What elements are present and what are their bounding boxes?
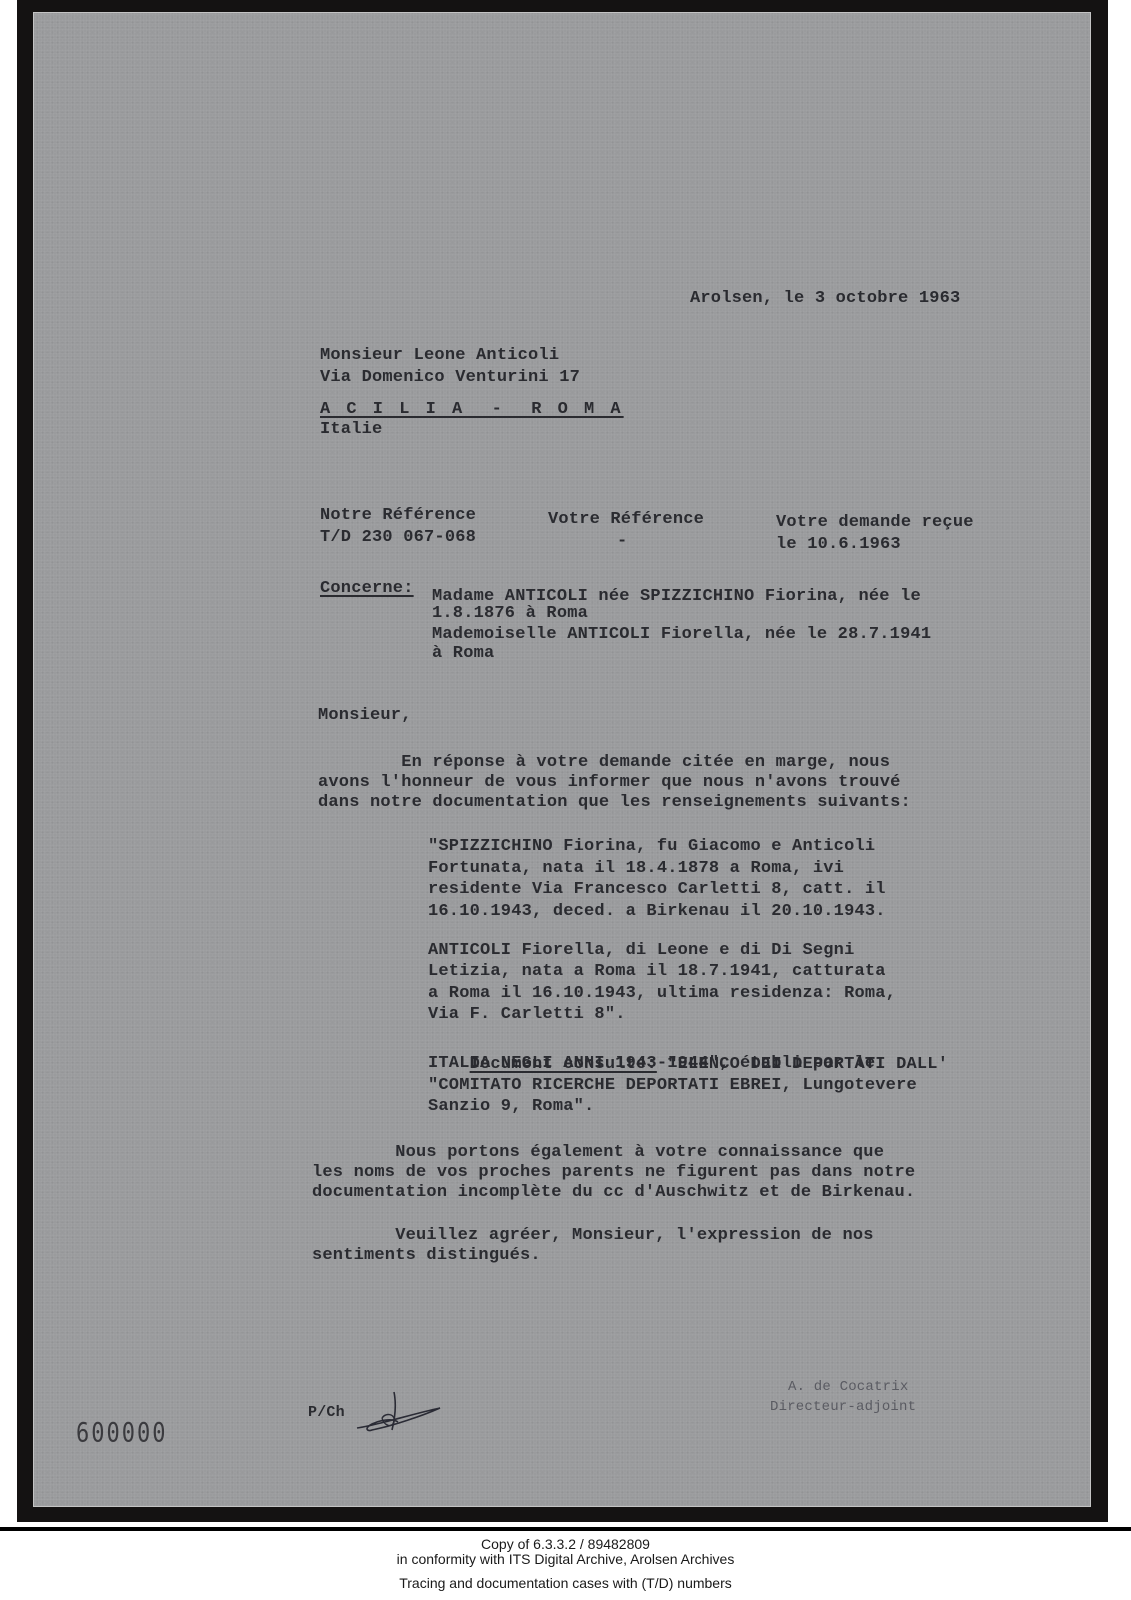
recipient-city: A C I L I A - R O M A (320, 399, 624, 421)
recipient-country: Italie (320, 419, 382, 441)
signatory-name: A. de Cocatrix (788, 1376, 908, 1398)
quote-line: Letizia, nata a Roma il 18.7.1941, cattu… (428, 961, 886, 983)
paragraph-line: En réponse à votre demande citée en marg… (318, 752, 890, 774)
our-reference-value: T/D 230 067-068 (320, 527, 476, 549)
footer-divider (0, 1527, 1131, 1531)
document-line: Sanzio 9, Roma". (428, 1096, 594, 1118)
request-received-label: Votre demande reçue (776, 512, 974, 534)
recipient-street: Via Domenico Venturini 17 (320, 367, 580, 389)
quote-line: Fortunata, nata il 18.4.1878 a Roma, ivi (428, 858, 844, 880)
your-reference-label: Votre Référence (548, 509, 704, 531)
quote-line: ANTICOLI Fiorella, di Leone e di Di Segn… (428, 940, 854, 962)
request-received-date: le 10.6.1963 (776, 534, 901, 556)
document-line: ITALIA NEGLI ANNI 1943-1944", établi par… (428, 1053, 875, 1075)
place-date: Arolsen, le 3 octobre 1963 (690, 288, 960, 310)
paragraph-line: documentation incomplète du cc d'Auschwi… (312, 1182, 915, 1204)
paragraph-line: dans notre documentation que les renseig… (318, 792, 911, 814)
handwritten-signature-icon (352, 1388, 452, 1438)
archive-stamp-number: 600000 (76, 1419, 167, 1449)
closing-line: sentiments distingués. (312, 1245, 541, 1267)
paragraph-line: les noms de vos proches parents ne figur… (312, 1162, 915, 1184)
typist-initials: P/Ch (308, 1402, 345, 1424)
paragraph-line: avons l'honneur de vous informer que nou… (318, 772, 901, 794)
quote-line: residente Via Francesco Carletti 8, catt… (428, 879, 886, 901)
document-line: "COMITATO RICERCHE DEPORTATI EBREI, Lung… (428, 1075, 917, 1097)
our-reference-label: Notre Référence (320, 505, 476, 527)
footer-copy-line: Copy of 6.3.3.2 / 89482809 (0, 1537, 1131, 1552)
signatory-title: Directeur-adjoint (770, 1396, 916, 1418)
recipient-name: Monsieur Leone Anticoli (320, 345, 559, 367)
quote-line: 16.10.1943, deced. a Birkenau il 20.10.1… (428, 901, 886, 923)
concerne-line: à Roma (432, 643, 494, 665)
quote-line: Via F. Carletti 8". (428, 1004, 626, 1026)
your-reference-value: - (617, 531, 627, 553)
paragraph-line: Nous portons également à votre connaissa… (312, 1142, 884, 1164)
concerne-line: Mademoiselle ANTICOLI Fiorella, née le 2… (432, 624, 931, 646)
quote-line: a Roma il 16.10.1943, ultima residenza: … (428, 983, 896, 1005)
concerne-label: Concerne: (320, 578, 414, 600)
quote-line: "SPIZZICHINO Fiorina, fu Giacomo e Antic… (428, 836, 875, 858)
salutation: Monsieur, (318, 705, 412, 727)
footer-collection-line: Tracing and documentation cases with (T/… (0, 1576, 1131, 1591)
concerne-line: 1.8.1876 à Roma (432, 603, 588, 625)
closing-line: Veuillez agréer, Monsieur, l'expression … (312, 1225, 874, 1247)
footer-conformity-line: in conformity with ITS Digital Archive, … (0, 1552, 1131, 1567)
